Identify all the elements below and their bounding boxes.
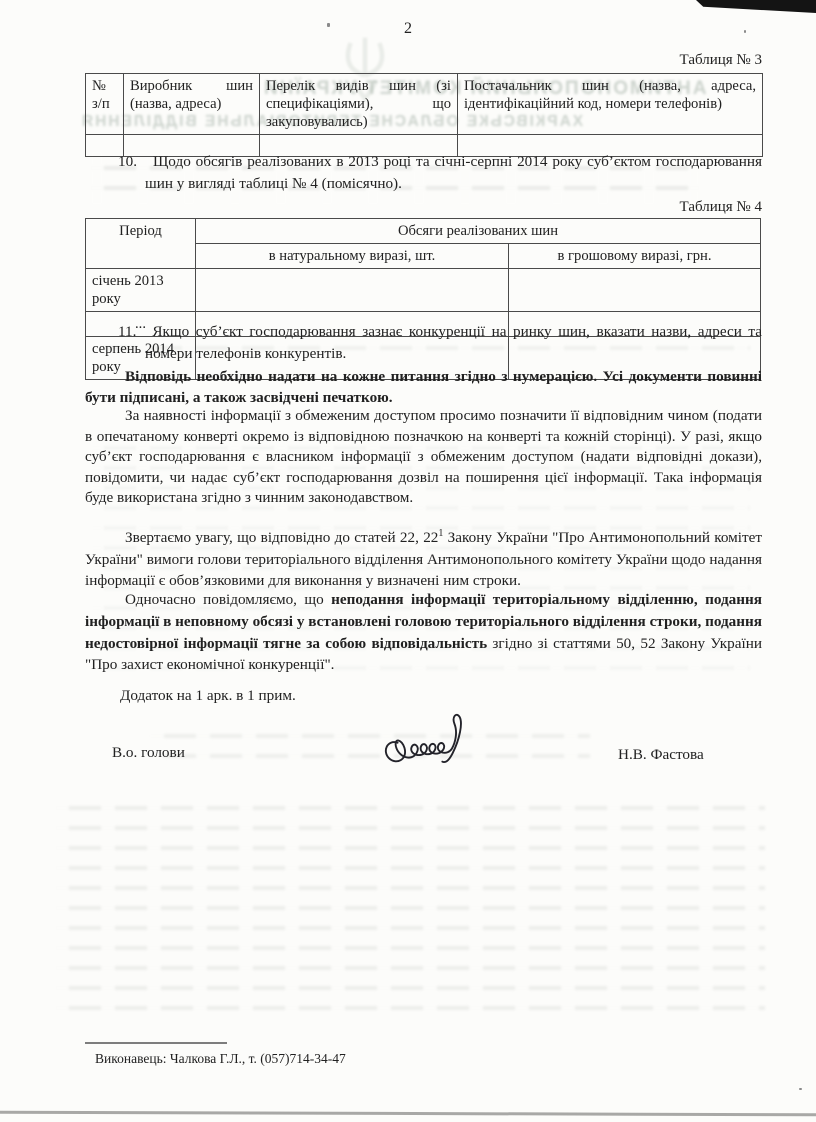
table4-period-cell: січень 2013 року — [86, 269, 196, 312]
scan-bleed-smudge — [150, 718, 590, 760]
paragraph-11-text: Якщо суб’єкт господарювання зазнає конку… — [145, 323, 762, 362]
attention-paragraph: Звертаємо увагу, що відповідно до статей… — [85, 523, 762, 592]
table3-header-cell: Постачальник шин (назва, адреса, ідентиф… — [458, 74, 763, 135]
table3-caption: Таблиця № 3 — [680, 52, 762, 69]
scan-speck — [799, 1088, 802, 1090]
table4-natural-header: в натуральному виразі, шт. — [196, 244, 509, 269]
scan-speck — [327, 23, 330, 27]
table3-header-cell: Перелік видів шин (зі специфікаціями), щ… — [260, 74, 458, 135]
paragraph-11-number: 11. — [118, 323, 136, 340]
restricted-info-paragraph: За наявності інформації з обмеженим дост… — [85, 406, 762, 509]
attachment-line: Додаток на 1 арк. в 1 прим. — [120, 687, 296, 705]
scan-bleed-smudge — [55, 790, 765, 1015]
table4-caption: Таблиця № 4 — [680, 199, 762, 216]
table3-header-row: № з/п Виробник шин (назва, адреса) Перел… — [86, 74, 763, 135]
liability-prefix: Одночасно повідомляємо, що — [125, 591, 331, 608]
table4-empty-cell — [509, 269, 761, 312]
table4-empty-cell — [196, 269, 509, 312]
page-number: 2 — [0, 20, 816, 38]
paragraph-10-text: Щодо обсягів реалізованих в 2013 році та… — [145, 153, 762, 192]
liability-paragraph: Одночасно повідомляємо, що неподання інф… — [85, 589, 762, 676]
tire-suppliers-table: № з/п Виробник шин (назва, адреса) Перел… — [85, 73, 763, 157]
table4-group-header: Обсяги реалізованих шин — [196, 219, 761, 244]
bold-answer-note: Відповідь необхідно надати на кожне пита… — [85, 366, 762, 408]
table4-money-header: в грошовому виразі, грн. — [509, 244, 761, 269]
scan-page-edge — [0, 1111, 816, 1117]
executor-line: Виконавець: Чалкова Г.Л., т. (057)714-34… — [95, 1051, 346, 1067]
footer-divider — [85, 1042, 227, 1044]
paragraph-10-number: 10. — [118, 153, 137, 170]
scan-corner-shadow — [696, 0, 816, 13]
scan-speck — [744, 30, 746, 33]
signature-stroke — [378, 710, 474, 772]
signer-name: Н.В. Фастова — [618, 746, 704, 764]
paragraph-10: 10.Щодо обсягів реалізованих в 2013 році… — [118, 151, 762, 194]
attention-prefix: Звертаємо увагу, що відповідно до статей… — [125, 529, 438, 546]
table4-header-row: Період Обсяги реалізованих шин — [86, 219, 761, 244]
signer-position-label: В.о. голови — [112, 744, 185, 762]
table4-period-header: Період — [86, 219, 196, 269]
table4-row-january: січень 2013 року — [86, 269, 761, 312]
paragraph-11: 11.Якщо суб’єкт господарювання зазнає ко… — [118, 321, 762, 364]
table3-header-cell: № з/п — [86, 74, 124, 135]
table3-header-cell: Виробник шин (назва, адреса) — [124, 74, 260, 135]
scanned-document-page: АНТИМОНОПОЛЬНИЙ КОМІТЕТ УКРАЇНИ ХАРКІВСЬ… — [0, 0, 816, 1122]
